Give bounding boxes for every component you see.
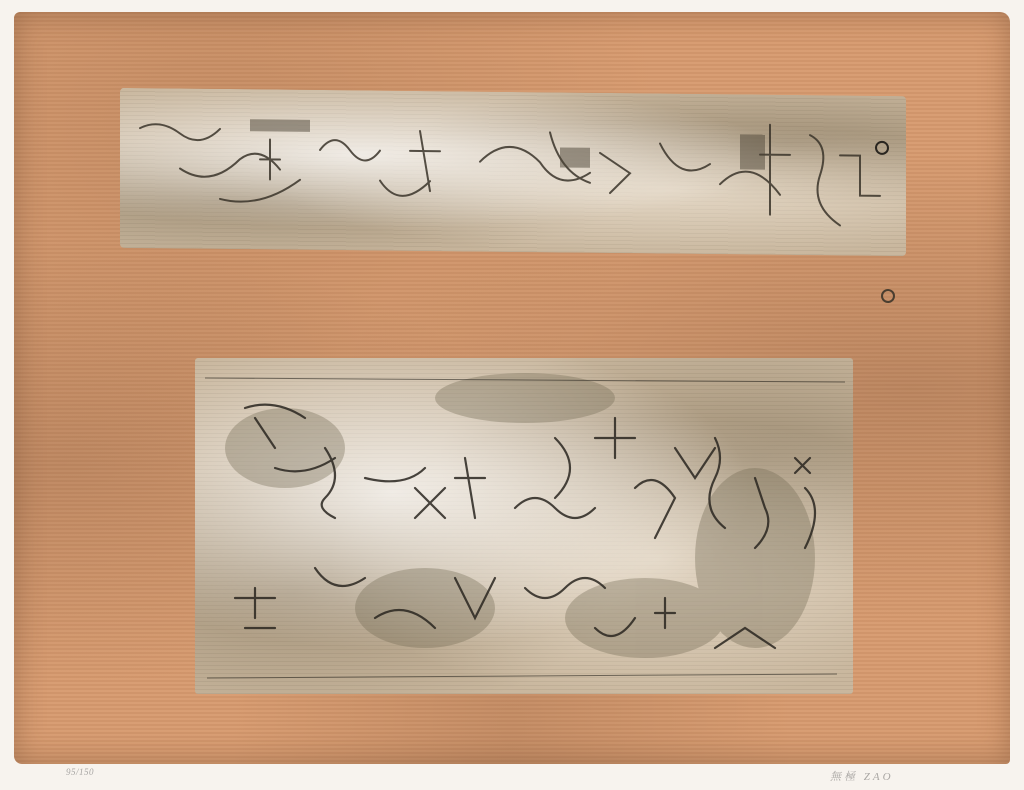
edition-number: 95/150 (66, 767, 94, 777)
artist-signature: 無極 ZAO (830, 768, 894, 784)
upper-textured-panel (120, 88, 906, 256)
upper-calligraphic-marks (120, 88, 906, 256)
lower-textured-panel (195, 358, 853, 694)
small-circle-mark (878, 286, 898, 306)
lower-calligraphic-marks (195, 358, 853, 694)
